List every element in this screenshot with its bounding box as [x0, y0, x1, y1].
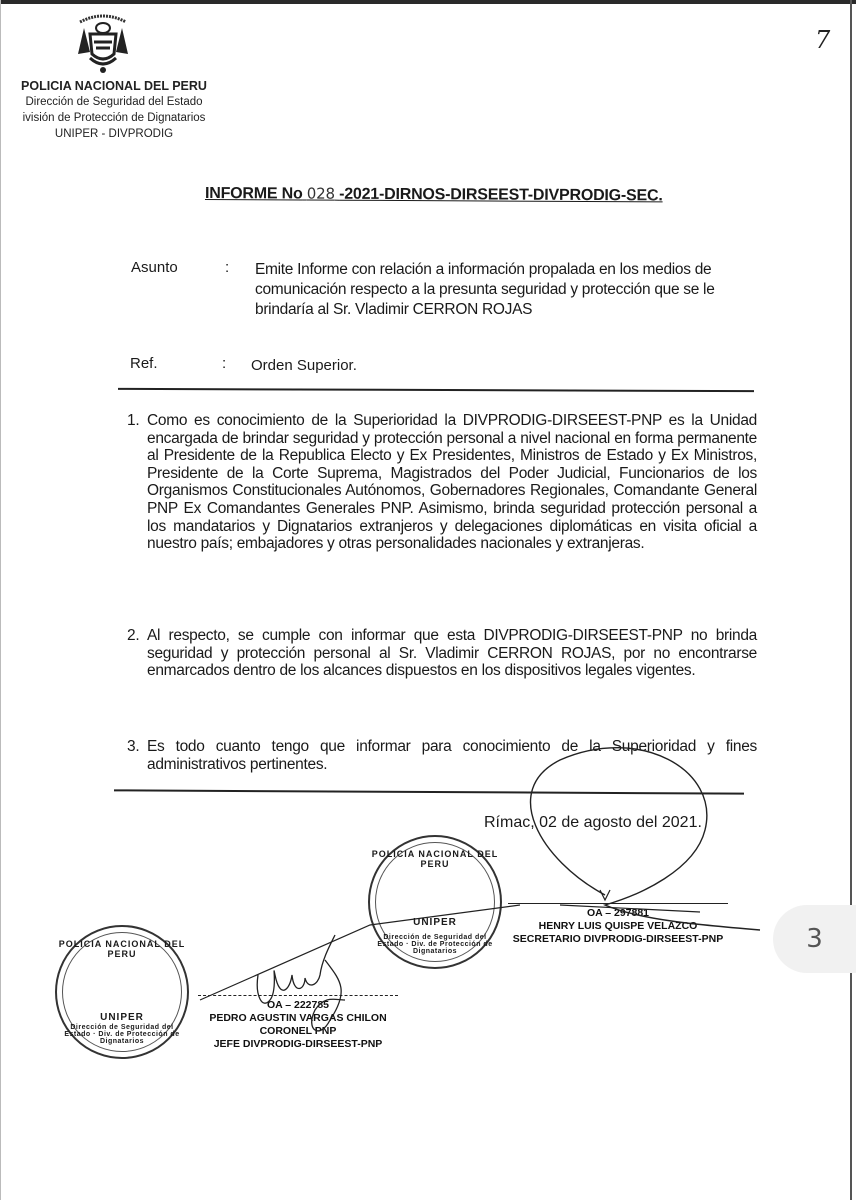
stamp-center-text: UNIPER	[57, 1012, 187, 1023]
paragraph-number: 2.	[127, 627, 139, 645]
directorate-name: Dirección de Seguridad del Estado	[0, 94, 228, 110]
official-stamp-chief: POLICIA NACIONAL DEL PERU UNIPER Direcci…	[55, 925, 189, 1059]
report-number: 028	[307, 185, 335, 203]
signer-role: SECRETARIO DIVPRODIG-DIRSEEST-PNP	[508, 933, 728, 946]
signer-role: JEFE DIVPRODIG-DIRSEEST-PNP	[198, 1038, 398, 1051]
stamp-bottom-text: Dirección de Seguridad del Estado · Div.…	[370, 934, 500, 955]
signature-block-secretary: OA – 297881 HENRY LUIS QUISPE VELAZCO SE…	[508, 903, 728, 946]
paragraph-text: Al respecto, se cumple con informar que …	[127, 627, 757, 680]
closing-divider	[114, 789, 744, 794]
report-title-prefix: INFORME No	[205, 185, 303, 203]
ref-colon: :	[222, 355, 226, 372]
paragraph-text: Como es conocimiento de la Superioridad …	[127, 412, 757, 553]
report-title-suffix: -2021-DIRNOS-DIRSEEST-DIVPRODIG-SEC.	[339, 186, 663, 205]
scan-top-border	[0, 0, 856, 4]
paragraph-1: 1. Como es conocimiento de la Superiorid…	[127, 412, 757, 553]
scan-right-edge	[850, 0, 852, 1200]
asunto-colon: :	[225, 259, 229, 276]
signer-id: OA – 297881	[508, 907, 728, 920]
handwritten-folio-number: 7	[815, 26, 830, 54]
ref-text: Orden Superior.	[251, 357, 357, 374]
paragraph-number: 1.	[127, 412, 139, 430]
signature-line	[198, 995, 398, 996]
signer-id: OA – 222785	[198, 999, 398, 1012]
unit-name: UNIPER - DIVPRODIG	[0, 126, 228, 142]
place-date: Rímac, 02 de agosto del 2021.	[484, 814, 702, 832]
scan-left-edge	[0, 0, 1, 1200]
paragraph-2: 2. Al respecto, se cumple con informar q…	[127, 627, 757, 680]
institution-header: POLICIA NACIONAL DEL PERU Dirección de S…	[0, 78, 228, 142]
signer-name: HENRY LUIS QUISPE VELAZCO	[508, 920, 728, 933]
signer-rank: CORONEL PNP	[198, 1025, 398, 1038]
paragraph-number: 3.	[127, 738, 139, 756]
paragraph-text: Es todo cuanto tengo que informar para c…	[127, 738, 757, 773]
asunto-label: Asunto	[131, 259, 178, 276]
page-number-badge: 3	[773, 905, 856, 973]
peru-coat-of-arms-icon	[72, 8, 134, 76]
division-name: ivisión de Protección de Dignatarios	[0, 110, 228, 126]
asunto-text: Emite Informe con relación a información…	[255, 260, 755, 320]
report-title: INFORME No 028 -2021-DIRNOS-DIRSEEST-DIV…	[205, 184, 663, 205]
stamp-top-text: POLICIA NACIONAL DEL PERU	[370, 849, 500, 869]
ref-label: Ref.	[130, 355, 158, 372]
section-divider	[118, 388, 754, 392]
signature-block-chief: OA – 222785 PEDRO AGUSTIN VARGAS CHILON …	[198, 995, 398, 1051]
institution-name: POLICIA NACIONAL DEL PERU	[0, 78, 228, 94]
official-stamp-secretary: POLICIA NACIONAL DEL PERU UNIPER Direcci…	[368, 835, 502, 969]
stamp-center-text: UNIPER	[370, 917, 500, 928]
signature-line	[508, 903, 728, 904]
stamp-bottom-text: Dirección de Seguridad del Estado · Div.…	[57, 1024, 187, 1045]
stamp-top-text: POLICIA NACIONAL DEL PERU	[57, 939, 187, 959]
signer-name: PEDRO AGUSTIN VARGAS CHILON	[198, 1012, 398, 1025]
paragraph-3: 3. Es todo cuanto tengo que informar par…	[127, 738, 757, 773]
